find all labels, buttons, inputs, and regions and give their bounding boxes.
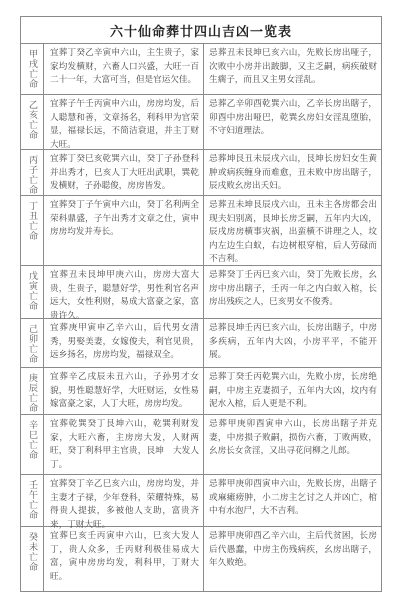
inauspicious-cell: 忌葬癸丁壬丙巳亥六山，癸丁先败长房，幺房中房出瞎子，壬丙一年之内白蚁入棺，长房出… (204, 266, 381, 318)
row-label: 庚辰亡命 (27, 373, 37, 414)
row-label-cell: 己卯亡命 (21, 319, 44, 367)
row-label: 丙子亡命 (27, 155, 37, 195)
fortune-table: 六十仙命葬廿四山吉凶一览表 甲戌亡命 宜葬丁癸乙辛寅申六山，主生贵子，家家均发横… (20, 16, 382, 592)
table-row: 辛巳亡命 宜葬乾巽癸丁艮坤六山，乾巽利财发家，大旺六畜，主房房大发，人财两旺，癸… (21, 415, 381, 475)
auspicious-cell: 宜葬丁癸巳亥乾巽六山，癸丁子孙登科并出秀才，巳亥人丁大旺出武职，巽乾发横财，子孙… (44, 150, 204, 195)
row-label: 辛巳亡命 (27, 420, 37, 474)
row-label-cell: 壬午亡命 (21, 475, 44, 526)
table-row: 丁丑亡命 宜葬癸丁子午寅申六山，癸丁名利两全荣科鼎盛，子午出秀才文章之仕，寅申房… (21, 196, 381, 266)
row-label: 丁丑亡命 (27, 201, 37, 265)
row-label-cell: 癸未亡命 (21, 527, 44, 591)
auspicious-cell: 宜葬子午壬丙寅申六山，房房均发，后人聪慧和善，文章扬名，利科甲为官荣显，福禄长远… (44, 95, 204, 149)
inauspicious-cell: 忌葬乙辛卯酉乾巽六山，乙辛长房出瞎子，卯酉中房出哑巴，乾巽幺房妇女淫乱堕胎，不守… (204, 95, 381, 149)
row-label: 己卯亡命 (27, 324, 37, 367)
inauspicious-cell: 忌葬甲庚卯酉寅申六山，先败长房，出瞎子或麻瘫痨肿，小二房主乞讨之人并凶亡，棺中有… (204, 475, 381, 526)
table-title: 六十仙命葬廿四山吉凶一览表 (21, 17, 381, 44)
auspicious-cell: 宜葬癸丁子午寅申六山，癸丁名利两全荣科鼎盛，子午出秀才文章之仕，寅申房房均发并寿… (44, 196, 204, 265)
inauspicious-cell: 忌葬丑未坤艮辰戌六山，丑未主各房都会出现夫妇别离，艮坤长房乏嗣，五年内大凶，辰戌… (204, 196, 381, 265)
table-row: 癸未亡命 宜葬巳亥壬丙寅申六山，巳亥大发人丁，贵人众多，壬丙财利极佳易成大富，寅… (21, 527, 381, 591)
row-label: 癸未亡命 (27, 532, 37, 591)
row-label: 甲戌亡命 (27, 49, 37, 94)
table-row: 戊寅亡命 宜葬丑未艮坤甲庚六山，房房大富大贵，生贵子，聪慧好学，男性利官名声远大… (21, 266, 381, 319)
inauspicious-cell: 忌葬丁癸壬丙乾巽六山，先败小房，长房绝嗣，中房主克妻损子，五年内大凶，坟内有泥水… (204, 368, 381, 414)
inauspicious-cell: 忌葬坤艮丑未辰戌六山，艮坤长房妇女生黄肿或病疾缠身而难愈，丑未败中房出瞎子，辰戌… (204, 150, 381, 195)
row-label-cell: 甲戌亡命 (21, 44, 44, 94)
auspicious-cell: 宜葬庚甲寅申乙辛六山，后代男女清秀，男娶美妻，女嫁俊夫，利官见贵，远乡扬名，房房… (44, 319, 204, 367)
table-row: 己卯亡命 宜葬庚甲寅申乙辛六山，后代男女清秀，男娶美妻，女嫁俊夫，利官见贵，远乡… (21, 319, 381, 368)
inauspicious-cell: 忌葬艮坤壬丙巳亥六山，长房出瞎子，中房多疾病，五年内大凶，小房平平，不能开展。 (204, 319, 381, 367)
auspicious-cell: 宜葬巳亥壬丙寅申六山，巳亥大发人丁，贵人众多，壬丙财利极佳易成大富，寅申房房均发… (44, 527, 204, 591)
inauspicious-cell: 忌葬甲庚卯酉寅申六山，长房出瞎子并克妻，中房损子败嗣，损伤六畜，丁败两败，幺房长… (204, 415, 381, 474)
row-label-cell: 辛巳亡命 (21, 415, 44, 474)
table-row: 甲戌亡命 宜葬丁癸乙辛寅申六山，主生贵子，家家均发横财，六畜人口兴盛，大旺一百二… (21, 44, 381, 95)
row-label: 乙亥亡命 (27, 100, 37, 149)
row-label-cell: 丙子亡命 (21, 150, 44, 195)
table-row: 乙亥亡命 宜葬子午壬丙寅申六山，房房均发，后人聪慧和善，文章扬名，利科甲为官荣显… (21, 95, 381, 150)
inauspicious-cell: 忌葬甲庚卯酉乙辛六山，主后代贫困，长房后代愚蠢，中房主伤残病疾，幺房出瞎子，年久… (204, 527, 381, 591)
table-row: 壬午亡命 宜葬癸丁辛乙巳亥六山，房房均发，并主妻才子禄，少年登科，荣耀特殊，易得… (21, 475, 381, 527)
auspicious-cell: 宜葬丑未艮坤甲庚六山，房房大富大贵，生贵子，聪慧好学，男性利官名声远大，女性利财… (44, 266, 204, 318)
table-row: 庚辰亡命 宜葬辛乙戌辰未丑六山，子孙男才女貌，男性聪慧好学，大旺财运，女性易嫁富… (21, 368, 381, 415)
row-label: 戊寅亡命 (27, 271, 37, 318)
inauspicious-cell: 忌葬丑未艮坤巳亥六山，先败长房出哑子，次败中小房并出跛脚，又主乏嗣，病疾破财生瘸… (204, 44, 381, 94)
table-row: 丙子亡命 宜葬丁癸巳亥乾巽六山，癸丁子孙登科并出秀才，巳亥人丁大旺出武职，巽乾发… (21, 150, 381, 196)
row-label-cell: 庚辰亡命 (21, 368, 44, 414)
auspicious-cell: 宜葬辛乙戌辰未丑六山，子孙男才女貌，男性聪慧好学，大旺财运，女性易嫁富豪之家，人… (44, 368, 204, 414)
row-label-cell: 戊寅亡命 (21, 266, 44, 318)
row-label: 壬午亡命 (27, 480, 37, 526)
auspicious-cell: 宜葬丁癸乙辛寅申六山，主生贵子，家家均发横财，六畜人口兴盛，大旺一百二十一年，大… (44, 44, 204, 94)
row-label-cell: 乙亥亡命 (21, 95, 44, 149)
auspicious-cell: 宜葬乾巽癸丁艮坤六山，乾巽利财发家，大旺六畜，主房房大发，人财两旺，癸丁利科甲主… (44, 415, 204, 474)
row-label-cell: 丁丑亡命 (21, 196, 44, 265)
auspicious-cell: 宜葬癸丁辛乙巳亥六山，房房均发，并主妻才子禄，少年登科，荣耀特殊，易得贵人提拔，… (44, 475, 204, 526)
